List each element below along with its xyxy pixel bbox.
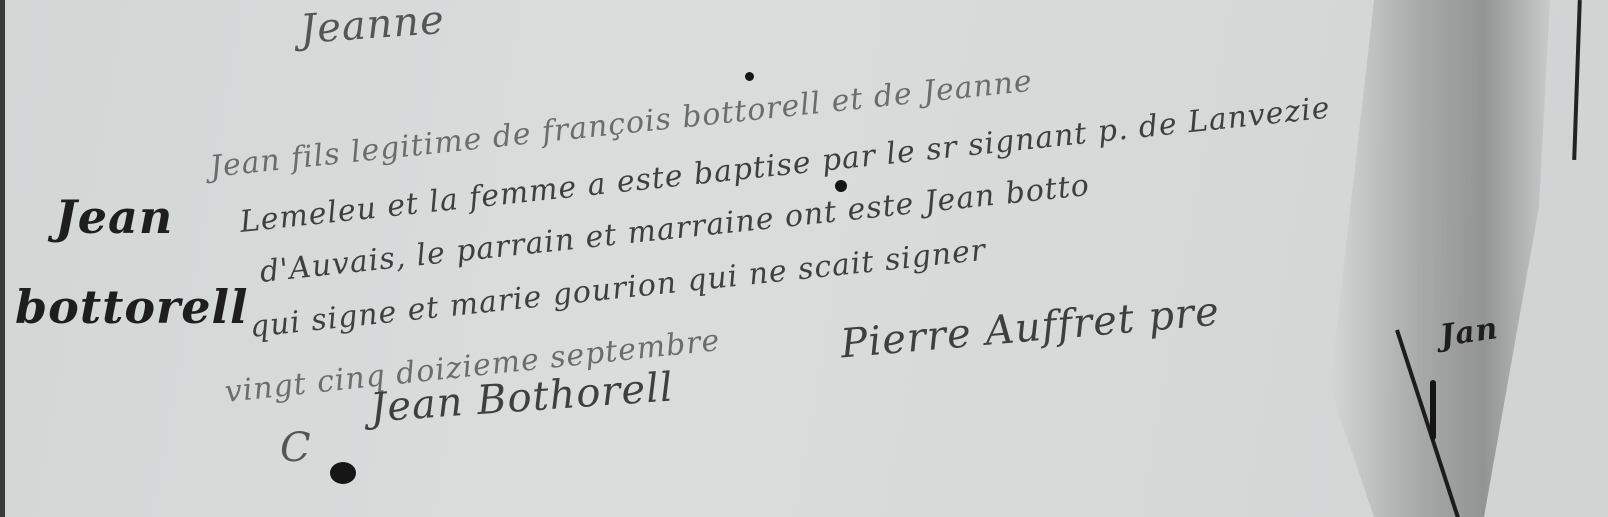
ink-blot xyxy=(835,180,847,192)
page-edge xyxy=(0,0,5,517)
signature-pierre-auffret: Pierre Auffret pre xyxy=(839,289,1222,368)
page-crease xyxy=(1572,0,1582,160)
ink-blot xyxy=(330,462,356,484)
ink-dots xyxy=(1430,380,1436,440)
bottom-flourish: C xyxy=(280,425,312,471)
margin-name-surname: bottorell xyxy=(15,280,248,334)
document-scan: Jeanne Jean bottorell Jean fils legitime… xyxy=(0,0,1608,517)
page-stain xyxy=(1330,0,1550,517)
header-flourish: Jeanne xyxy=(299,0,447,53)
margin-name-first: Jean xyxy=(55,190,173,244)
ink-blot xyxy=(745,72,754,81)
